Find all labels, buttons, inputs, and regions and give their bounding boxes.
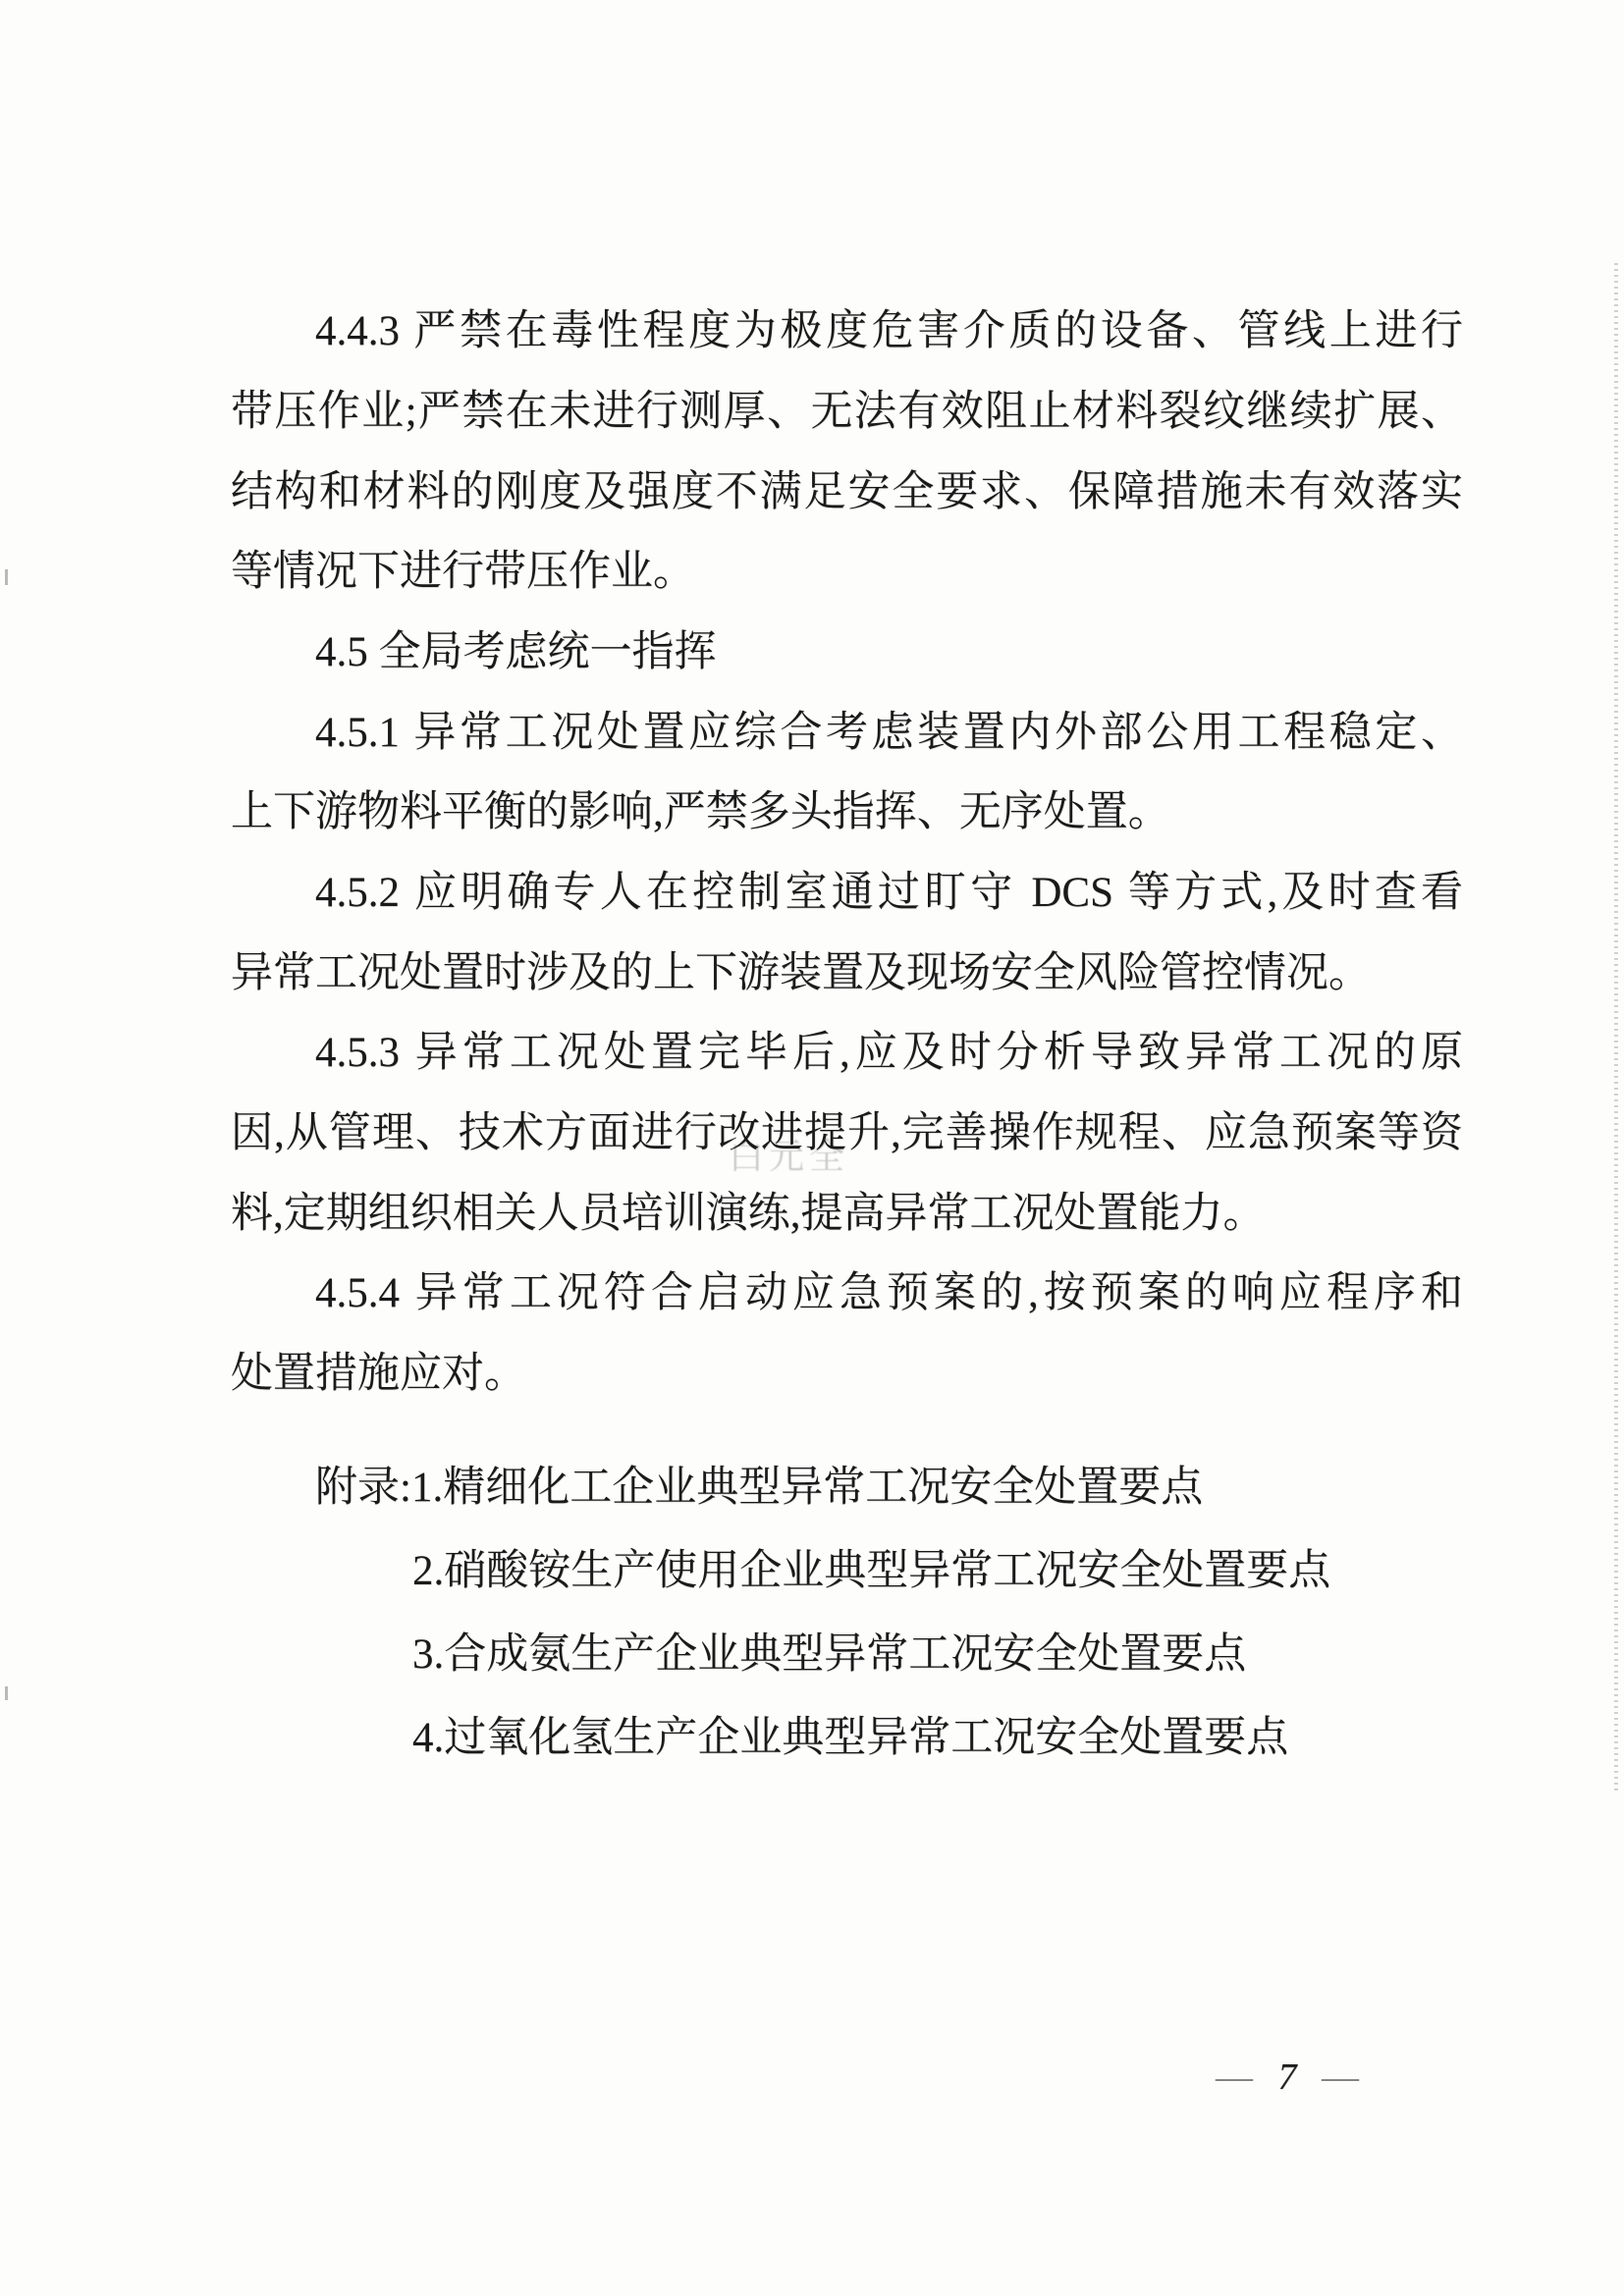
body-line-4-5-2-2: 异常工况处置时涉及的上下游装置及现场安全风险管控情况。 xyxy=(231,949,1463,1000)
appendix-line-4: 4.过氧化氢生产企业典型异常工况安全处置要点 xyxy=(231,1714,1463,1765)
body-line-4-5-1-2: 上下游物料平衡的影响,严禁多头指挥、无序处置。 xyxy=(231,788,1463,839)
body-line-4-4-3-2: 带压作业;严禁在未进行测厚、无法有效阻止材料裂纹继续扩展、 xyxy=(231,388,1463,439)
body-line-4-5-4-2: 处置措施应对。 xyxy=(231,1350,1463,1401)
appendix-line-1: 附录:1.精细化工企业典型异常工况安全处置要点 xyxy=(231,1464,1463,1515)
page-number: 7 xyxy=(1278,2056,1297,2098)
page-footer: — 7 — xyxy=(1216,2056,1392,2099)
body-line-4-4-3-3: 结构和材料的刚度及强度不满足安全要求、保障措施未有效落实 xyxy=(231,468,1463,519)
body-line-4-5-1-1: 4.5.1 异常工况处置应综合考虑装置内外部公用工程稳定、 xyxy=(231,709,1463,760)
body-line-4-5-3-2: 因,从管理、技术方面进行改进提升,完善操作规程、应急预案等资 xyxy=(231,1109,1463,1160)
body-line-4-5-4-1: 4.5.4 异常工况符合启动应急预案的,按预案的响应程序和 xyxy=(231,1269,1463,1320)
appendix-line-3: 3.合成氨生产企业典型异常工况安全处置要点 xyxy=(231,1630,1463,1682)
appendix-line-2: 2.硝酸铵生产使用企业典型异常工况安全处置要点 xyxy=(231,1547,1463,1598)
heading-4-5: 4.5 全局考虑统一指挥 xyxy=(231,628,1463,679)
body-line-4-4-3-1: 4.4.3 严禁在毒性程度为极度危害介质的设备、管线上进行 xyxy=(231,307,1463,358)
body-line-4-5-2-1: 4.5.2 应明确专人在控制室通过盯守 DCS 等方式,及时查看 xyxy=(231,869,1463,920)
footer-dash-right: — xyxy=(1322,2056,1359,2098)
scan-artifact-left-mark-2 xyxy=(5,1686,8,1700)
scan-artifact-right-edge xyxy=(1614,263,1618,1794)
document-page: 白元全 4.4.3 严禁在毒性程度为极度危害介质的设备、管线上进行 带压作业;严… xyxy=(0,0,1624,2296)
body-line-4-5-3-1: 4.5.3 异常工况处置完毕后,应及时分析导致异常工况的原 xyxy=(231,1029,1463,1080)
body-line-4-5-3-3: 料,定期组织相关人员培训演练,提高异常工况处置能力。 xyxy=(231,1190,1463,1241)
body-line-4-4-3-4: 等情况下进行带压作业。 xyxy=(231,548,1463,599)
scan-artifact-left-mark-1 xyxy=(5,569,8,585)
footer-dash-left: — xyxy=(1216,2056,1253,2098)
